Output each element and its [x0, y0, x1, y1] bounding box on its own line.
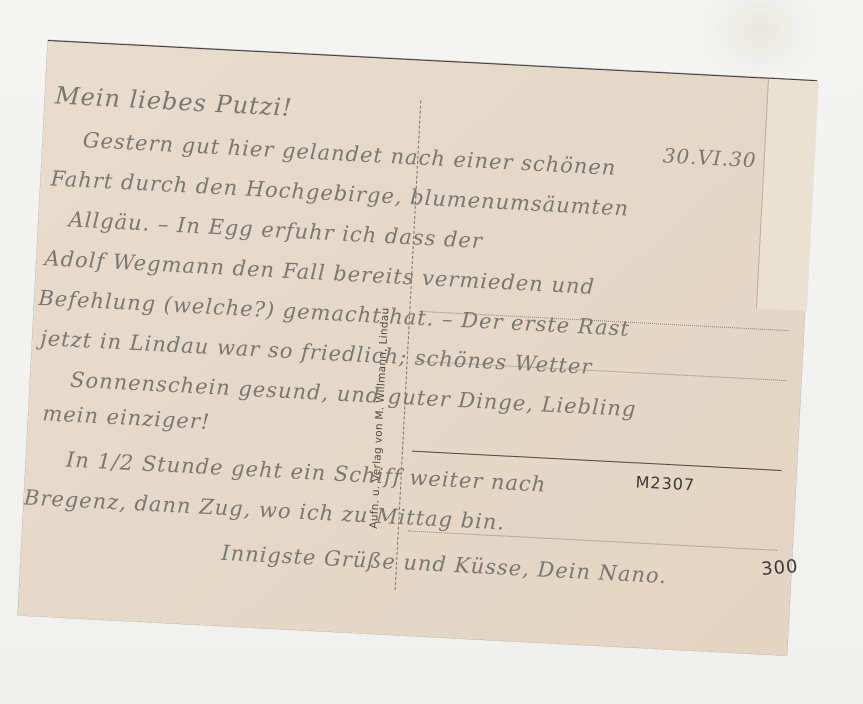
message-line-11: Innigste Grüße und Küsse, Dein Nano.	[221, 541, 668, 588]
publisher-imprint: Aufn. u. Verlag von M. Willmann, Lindau	[368, 307, 392, 529]
postcard: Aufn. u. Verlag von M. Willmann, Lindau …	[18, 40, 817, 656]
greeting: Mein liebes Putzi!	[54, 81, 293, 121]
message-line-3: Allgäu. – In Egg erfuhr ich dass der	[68, 207, 483, 253]
date: 30.VI.30	[662, 143, 757, 172]
archive-number: M2307	[635, 472, 695, 494]
price-note: 300	[760, 556, 799, 580]
message-line-8: mein einziger!	[42, 401, 211, 434]
address-line-4	[408, 531, 778, 551]
message-line-10: Bregenz, dann Zug, wo ich zu Mittag bin.	[23, 485, 505, 534]
